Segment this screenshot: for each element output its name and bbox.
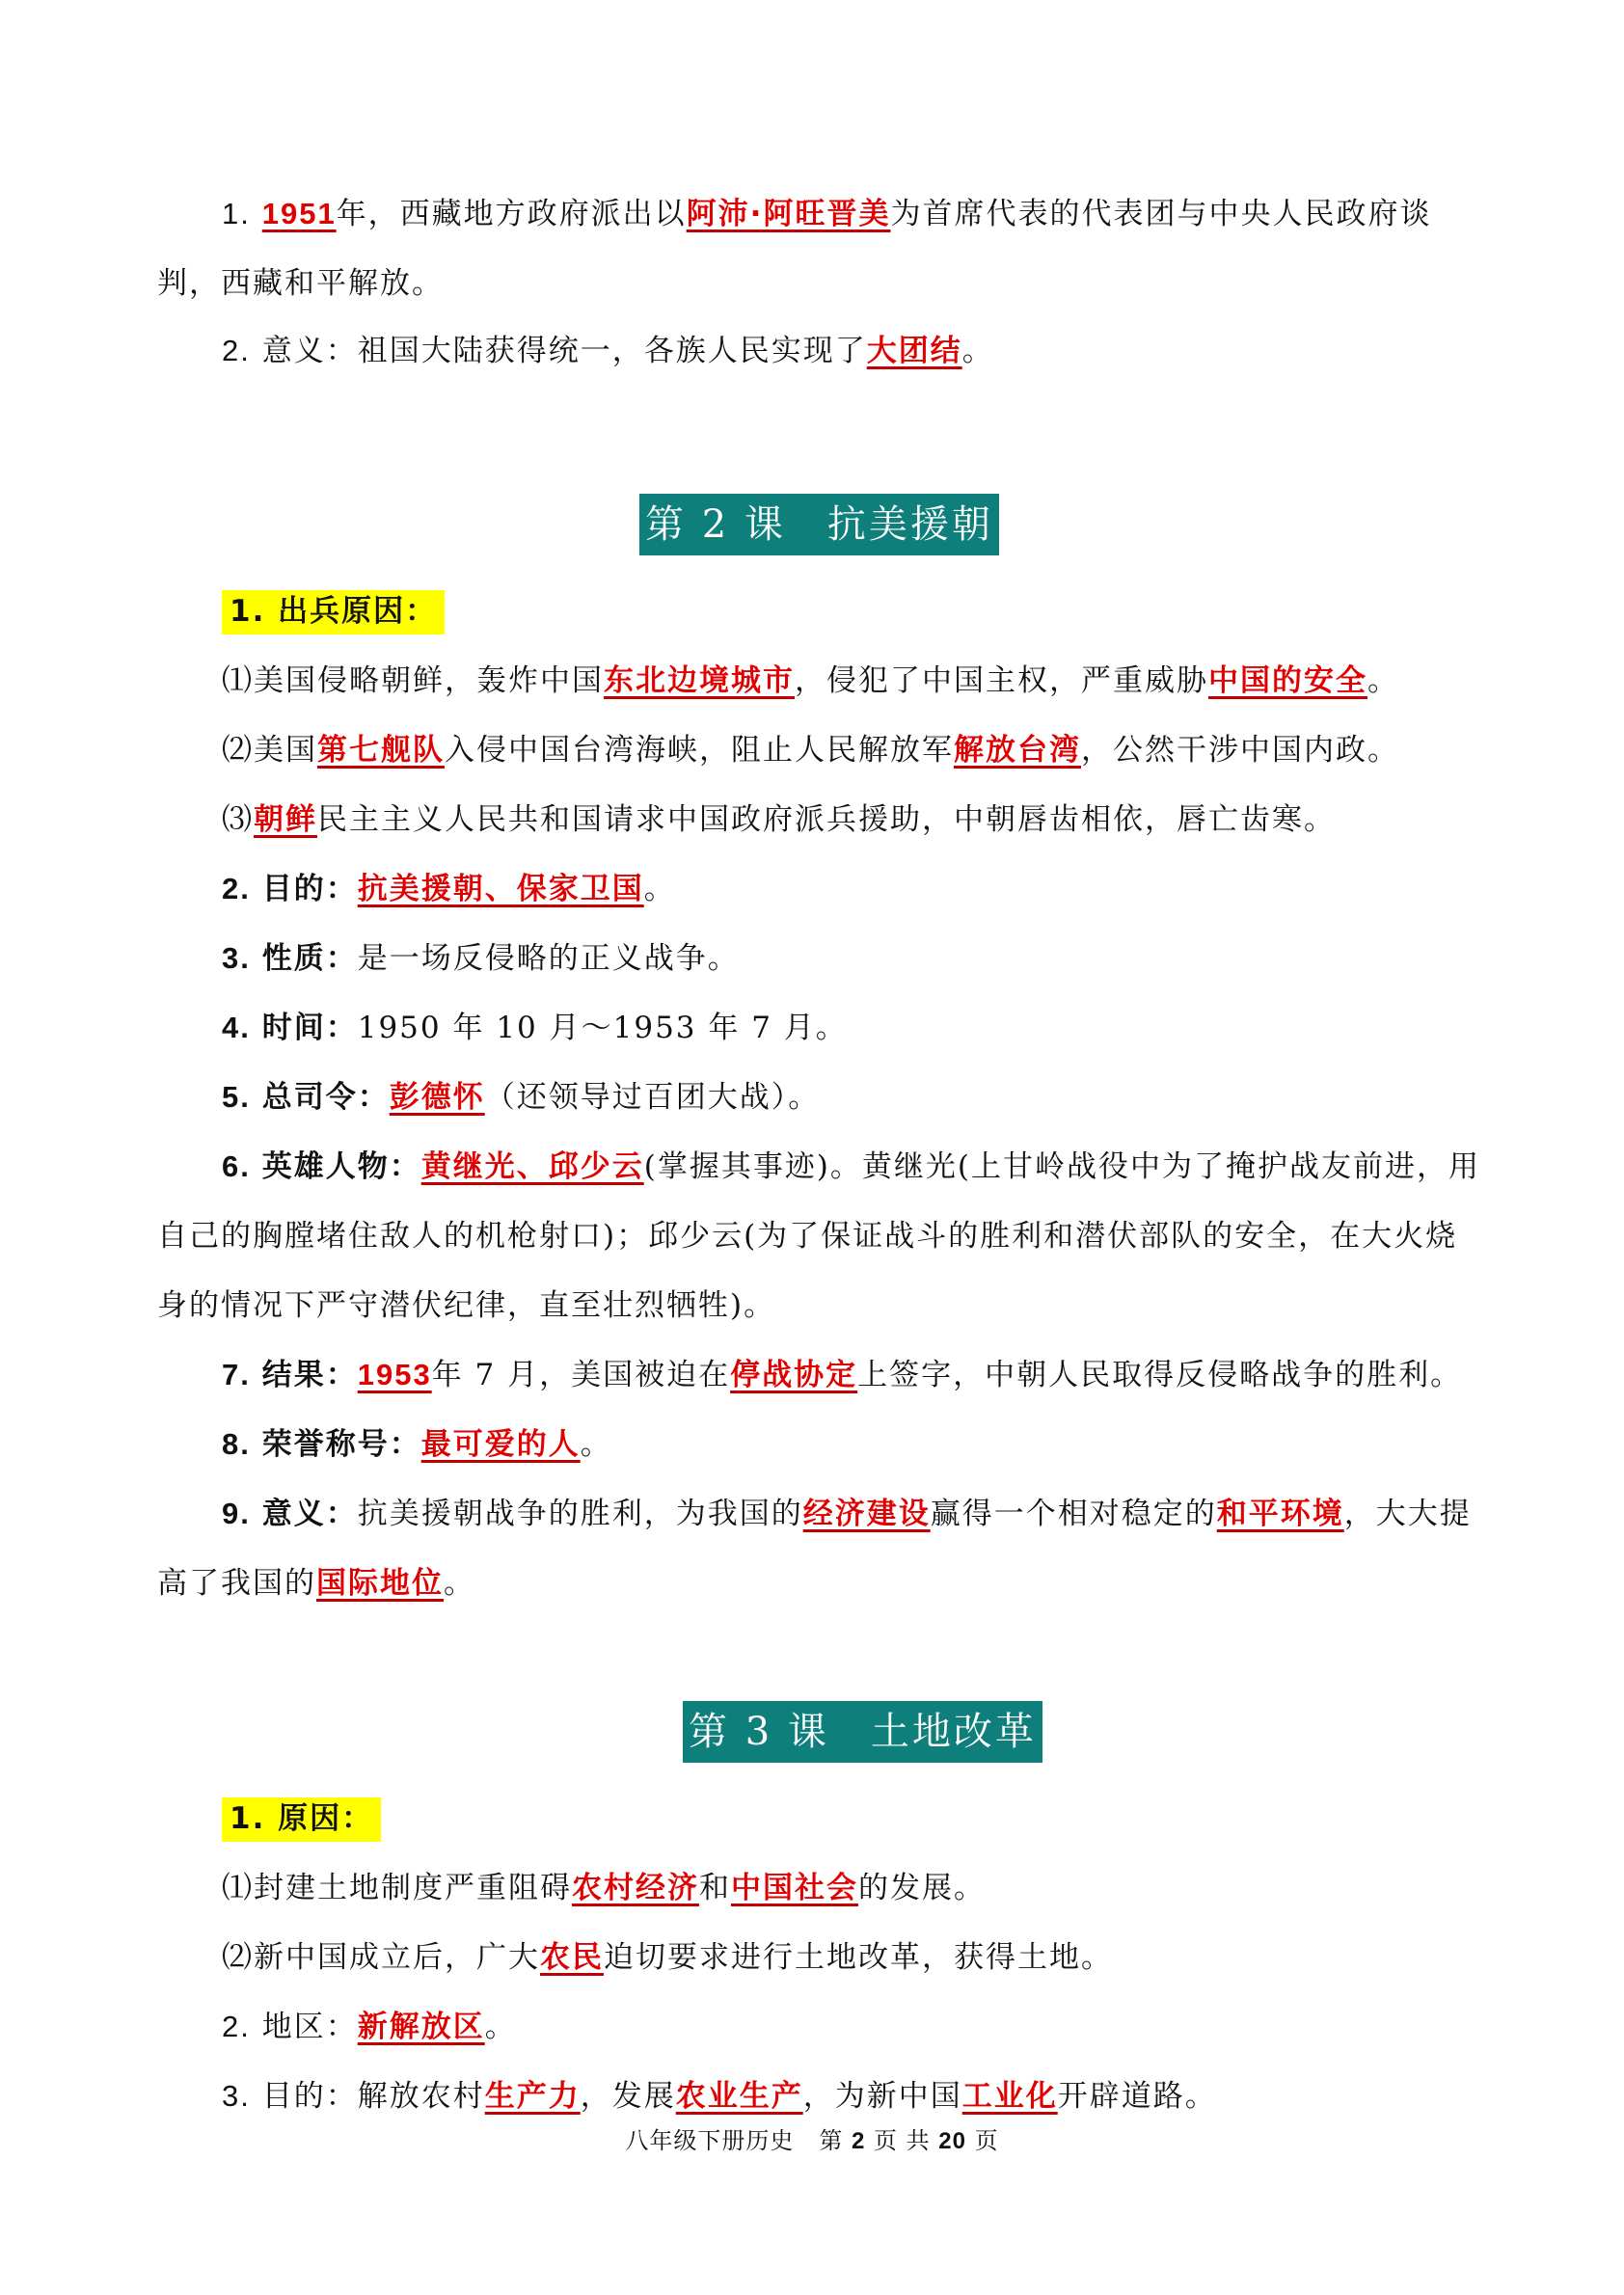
- page-footer: 八年级下册历史 第 2 页 共 20 页: [0, 2121, 1624, 2161]
- lesson-3-title: 第 3 课 土地改革: [683, 1701, 1042, 1763]
- lesson2-item-6: 6. 英雄人物：黄继光、邱少云(掌握其事迹)。黄继光(上甘岭战役中为了掩护战友前…: [157, 1132, 1483, 1340]
- lesson3-reason-2: ⑵新中国成立后，广大农民迫切要求进行土地改革，获得土地。: [157, 1923, 1483, 1992]
- highlighted-heading: 1. 原因：: [222, 1797, 381, 1842]
- lesson2-item-4: 4. 时间：1950 年 10 月～1953 年 7 月。: [157, 993, 1483, 1063]
- lesson3-item-2: 2. 地区：新解放区。: [157, 1992, 1483, 2062]
- lesson3-reason-1: ⑴封建土地制度严重阻碍农村经济和中国社会的发展。: [157, 1853, 1483, 1923]
- page-number: 2: [852, 2128, 865, 2154]
- lesson3-reasons-header: 1. 原因：: [157, 1784, 1483, 1853]
- lesson-2-title: 第 2 课 抗美援朝: [639, 494, 999, 555]
- lesson2-reason-2: ⑵美国第七舰队入侵中国台湾海峡，阻止人民解放军解放台湾，公然干涉中国内政。: [157, 715, 1483, 785]
- lesson2-reasons-header: 1. 出兵原因：: [157, 577, 1483, 646]
- highlighted-heading: 1. 出兵原因：: [222, 590, 445, 634]
- total-pages: 20: [938, 2128, 966, 2154]
- lesson2-reason-1: ⑴美国侵略朝鲜，轰炸中国东北边境城市，侵犯了中国主权，严重威胁中国的安全。: [157, 646, 1483, 715]
- tibet-item-1: 1. 1951年，西藏地方政府派出以阿沛·阿旺晋美为首席代表的代表团与中央人民政…: [157, 179, 1483, 318]
- lesson2-item-5: 5. 总司令：彭德怀（还领导过百团大战）。: [157, 1063, 1483, 1132]
- lesson2-item-8: 8. 荣誉称号：最可爱的人。: [157, 1410, 1483, 1479]
- keyword: 大团结: [867, 334, 962, 368]
- lesson2-item-9: 9. 意义：抗美援朝战争的胜利，为我国的经济建设赢得一个相对稳定的和平环境，大大…: [157, 1479, 1483, 1618]
- tibet-item-2: 2. 意义：祖国大陆获得统一，各族人民实现了大团结。: [157, 316, 1483, 386]
- lesson2-reason-3: ⑶朝鲜民主主义人民共和国请求中国政府派兵援助，中朝唇齿相依，唇亡齿寒。: [157, 785, 1483, 854]
- document-page: 1. 1951年，西藏地方政府派出以阿沛·阿旺晋美为首席代表的代表团与中央人民政…: [0, 0, 1624, 2295]
- lesson2-item-2: 2. 目的：抗美援朝、保家卫国。: [157, 854, 1483, 924]
- keyword-year: 1951: [262, 197, 337, 230]
- lesson2-item-7: 7. 结果：1953年 7 月，美国被迫在停战协定上签字，中朝人民取得反侵略战争…: [157, 1340, 1483, 1410]
- lesson2-item-3: 3. 性质：是一场反侵略的正义战争。: [157, 924, 1483, 993]
- keyword-name: 阿沛·阿旺晋美: [687, 197, 891, 231]
